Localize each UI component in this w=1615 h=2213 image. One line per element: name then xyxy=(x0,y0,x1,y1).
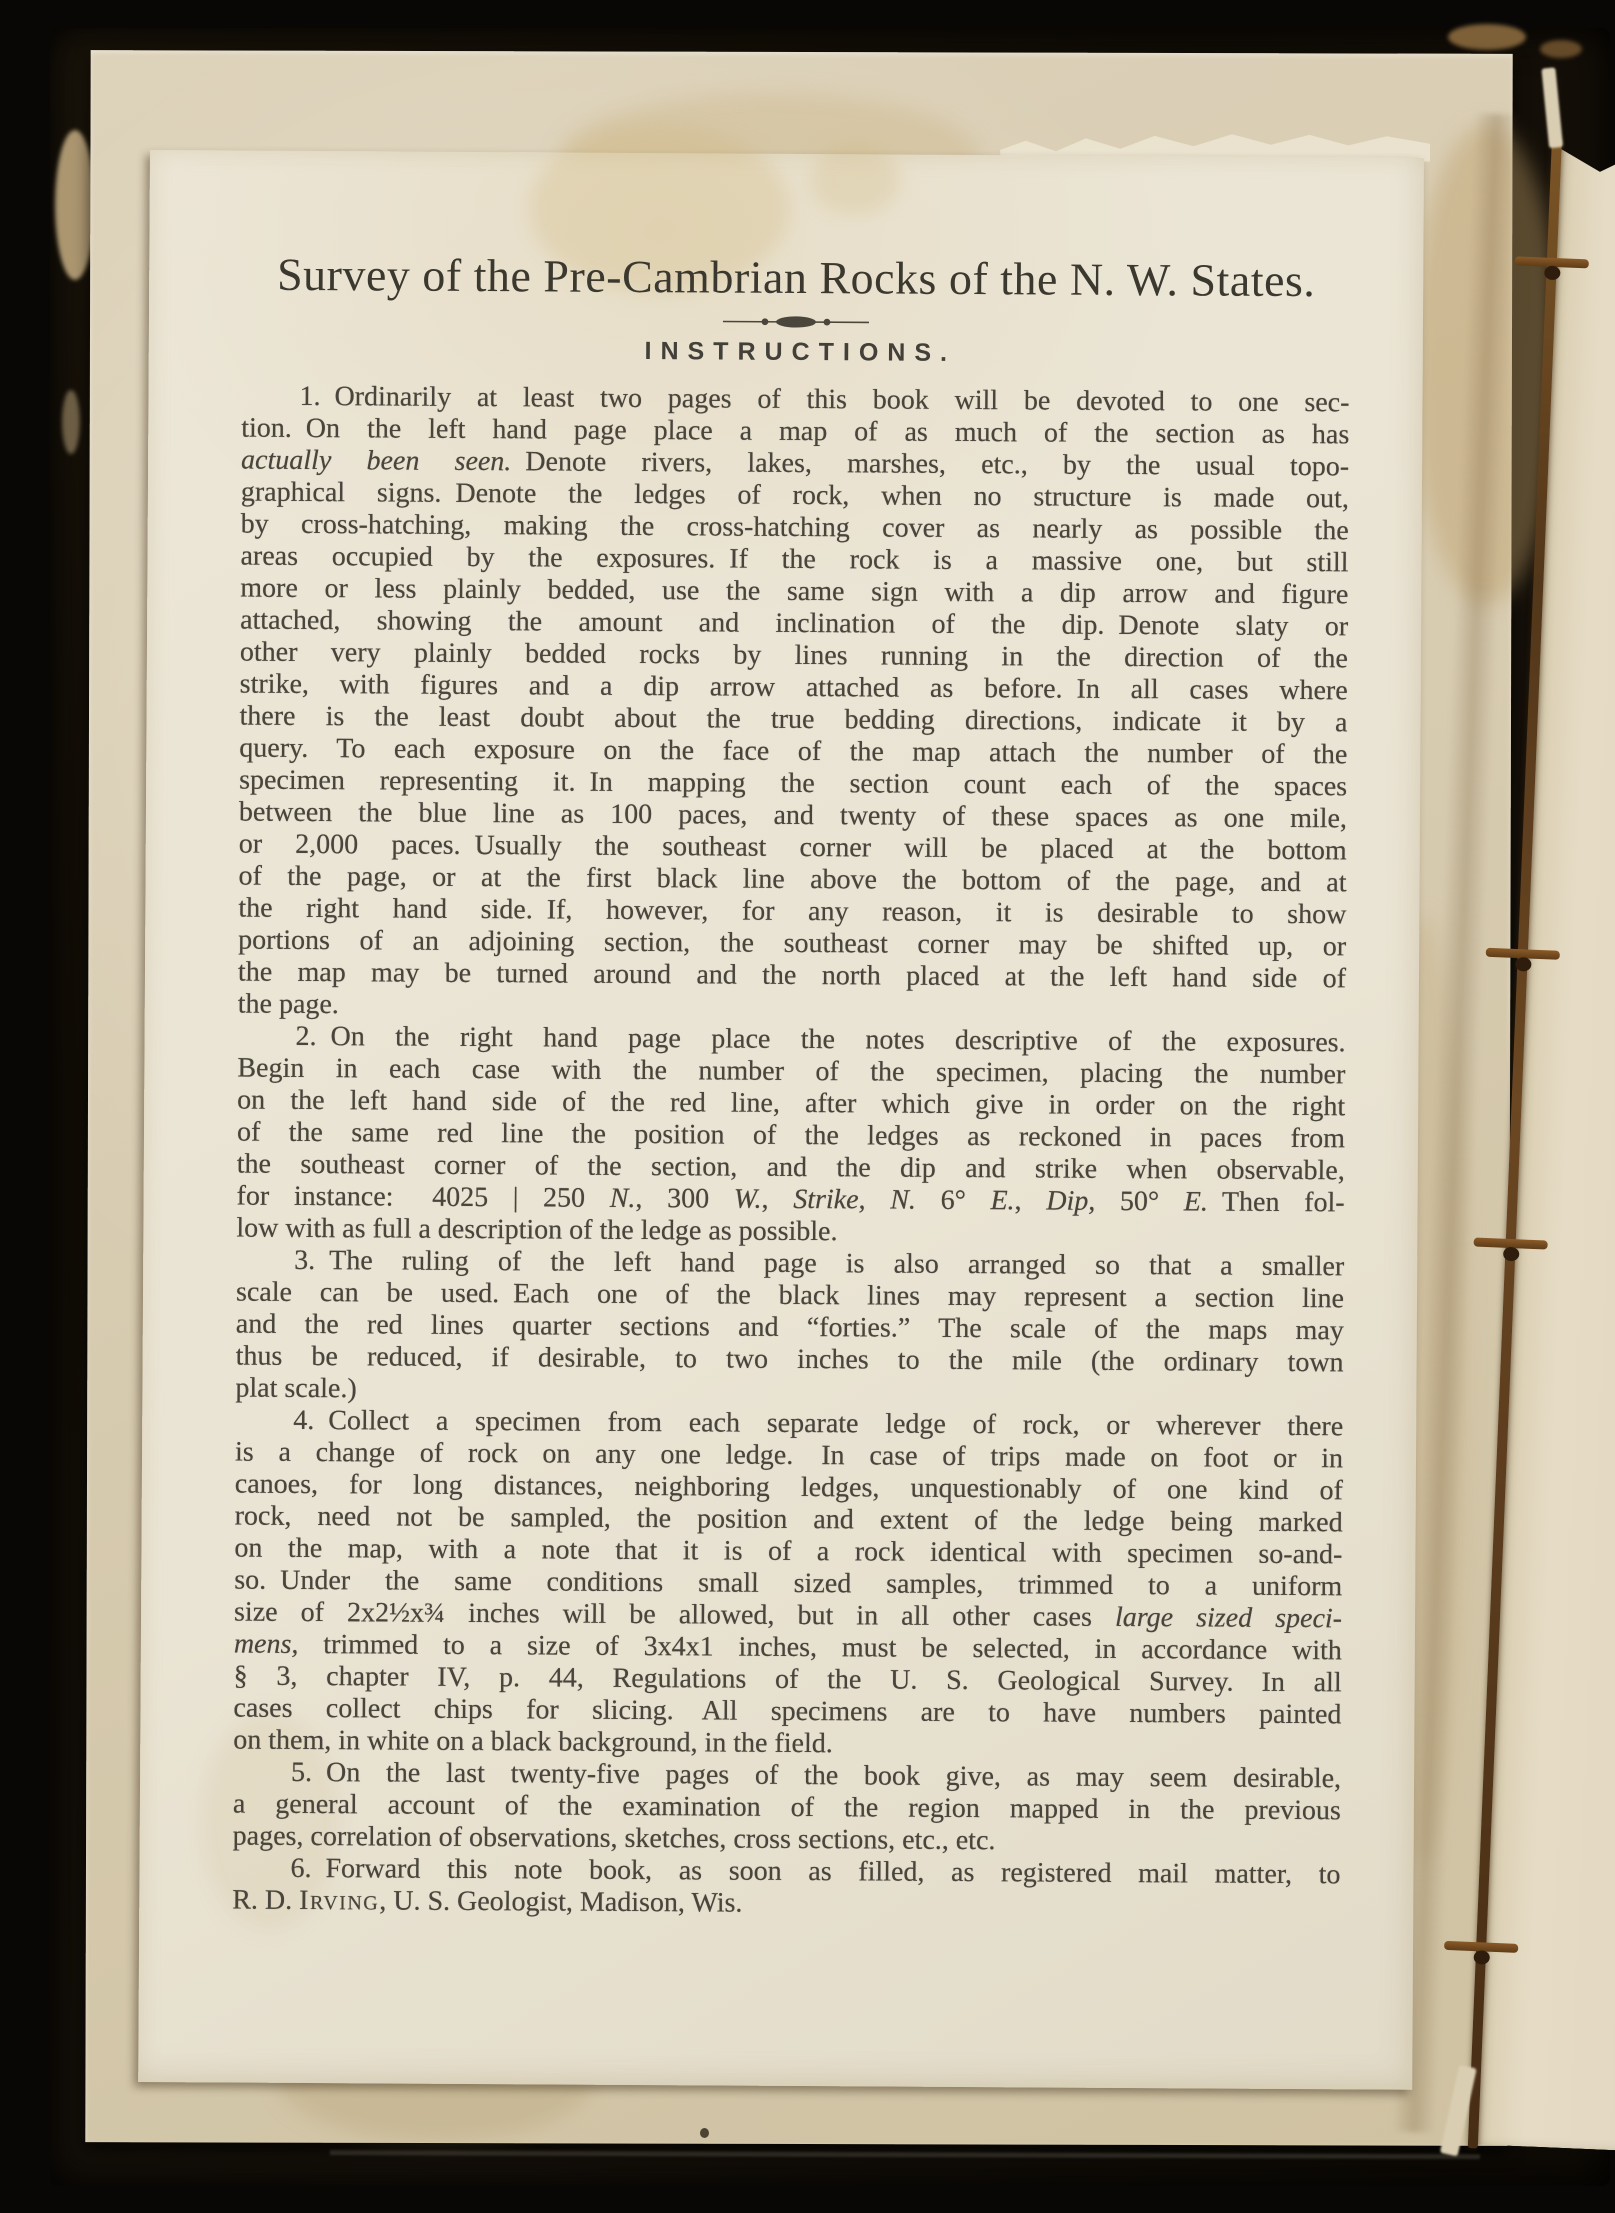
instructions-heading: INSTRUCTIONS. xyxy=(242,335,1350,371)
text-line: thus be reduced, if desirable, to two in… xyxy=(236,1341,1344,1380)
page-title: Survey of the Pre-Cambrian Rocks of the … xyxy=(242,247,1350,310)
instruction-slip: Survey of the Pre-Cambrian Rocks of the … xyxy=(138,150,1424,2090)
paragraph: 4. Collect a specimen from each separate… xyxy=(233,1405,1343,1764)
divider-ornament-icon xyxy=(242,311,1350,334)
cover-wear-mark xyxy=(1540,40,1582,58)
speck xyxy=(700,2128,709,2138)
cover-wear-mark xyxy=(62,390,80,454)
cover-wear-mark xyxy=(1448,24,1526,50)
body-text: 1. Ordinarily at least two pages of this… xyxy=(232,381,1349,1924)
text-line: the map may be turned around and the nor… xyxy=(238,957,1346,996)
paragraph: 1. Ordinarily at least two pages of this… xyxy=(238,381,1350,1028)
paragraph: 6. Forward this note book, as soon as fi… xyxy=(232,1853,1340,1924)
paragraph: 3. The ruling of the left hand page is a… xyxy=(235,1245,1344,1412)
paragraph: 5. On the last twenty-five pages of the … xyxy=(233,1757,1342,1860)
book-photo: { "document": { "title": "Survey of the … xyxy=(0,0,1615,2213)
text-line: R. D. Irving, U. S. Geologist, Madison, … xyxy=(232,1885,1340,1924)
printed-text-block: Survey of the Pre-Cambrian Rocks of the … xyxy=(232,247,1350,1924)
stain xyxy=(810,144,900,215)
cover-wear-mark xyxy=(55,130,95,280)
paragraph: 2. On the right hand page place the note… xyxy=(236,1021,1345,1252)
